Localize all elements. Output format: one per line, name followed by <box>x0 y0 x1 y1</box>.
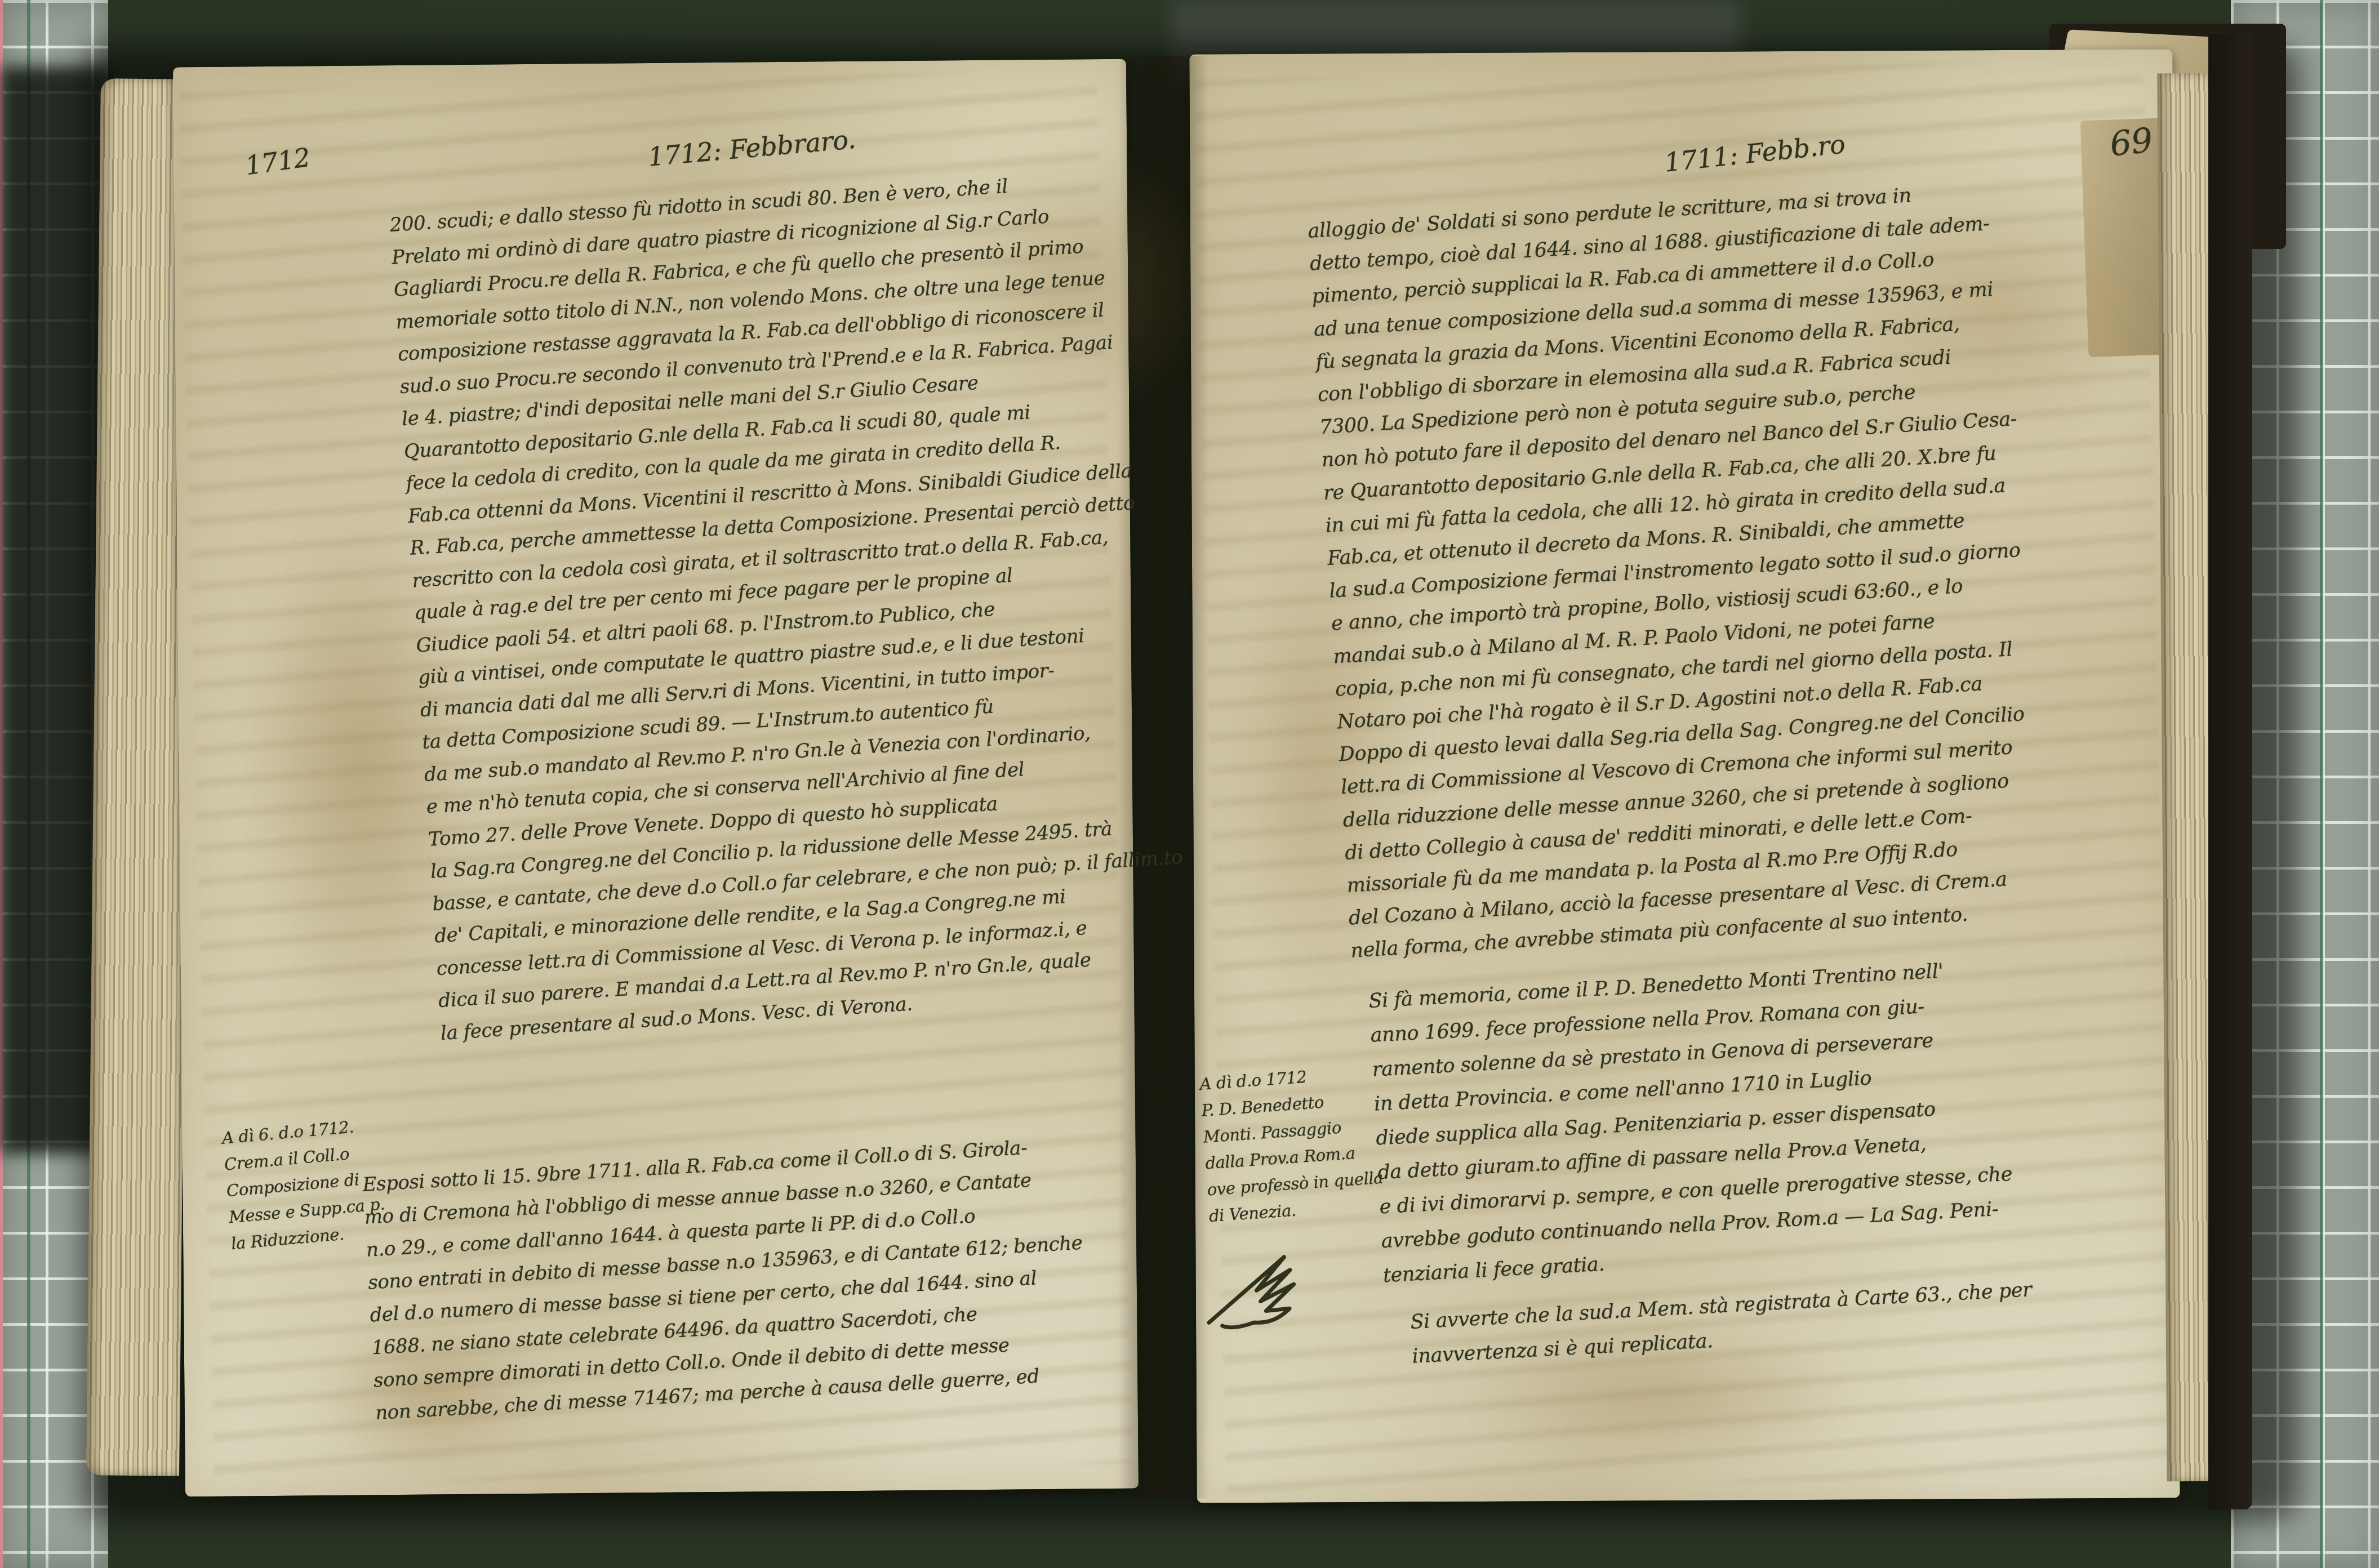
right-page-body-text: alloggio de' Soldati si sono perdute le … <box>1307 166 2184 968</box>
folio-number: 69 <box>2108 121 2154 164</box>
left-page-body-text: 200. scudi; e dallo stesso fù ridotto in… <box>389 162 1189 1050</box>
glass-edge-line-right <box>2320 0 2323 1568</box>
book-cover-edge-band <box>2208 34 2252 1509</box>
right-page-margin-note: A dì d.o 1712P. D. BenedettoMonti. Passa… <box>1199 1058 1395 1230</box>
left-page-second-entry-text: Esposi sotto li 15. 9bre 1711. alla R. F… <box>362 1126 1130 1429</box>
nota-bene-flourish-icon <box>1199 1244 1328 1365</box>
left-page-margin-note: A dì 6. d.o 1712.Crem.a il Coll.oComposi… <box>221 1108 423 1257</box>
right-page-memoria-text: Si fà memoria, come il P. D. Benedetto M… <box>1368 945 2149 1293</box>
photographed-manuscript-scene: 1712 1712: Febbraro. 200. scudi; e dallo… <box>0 0 2379 1568</box>
